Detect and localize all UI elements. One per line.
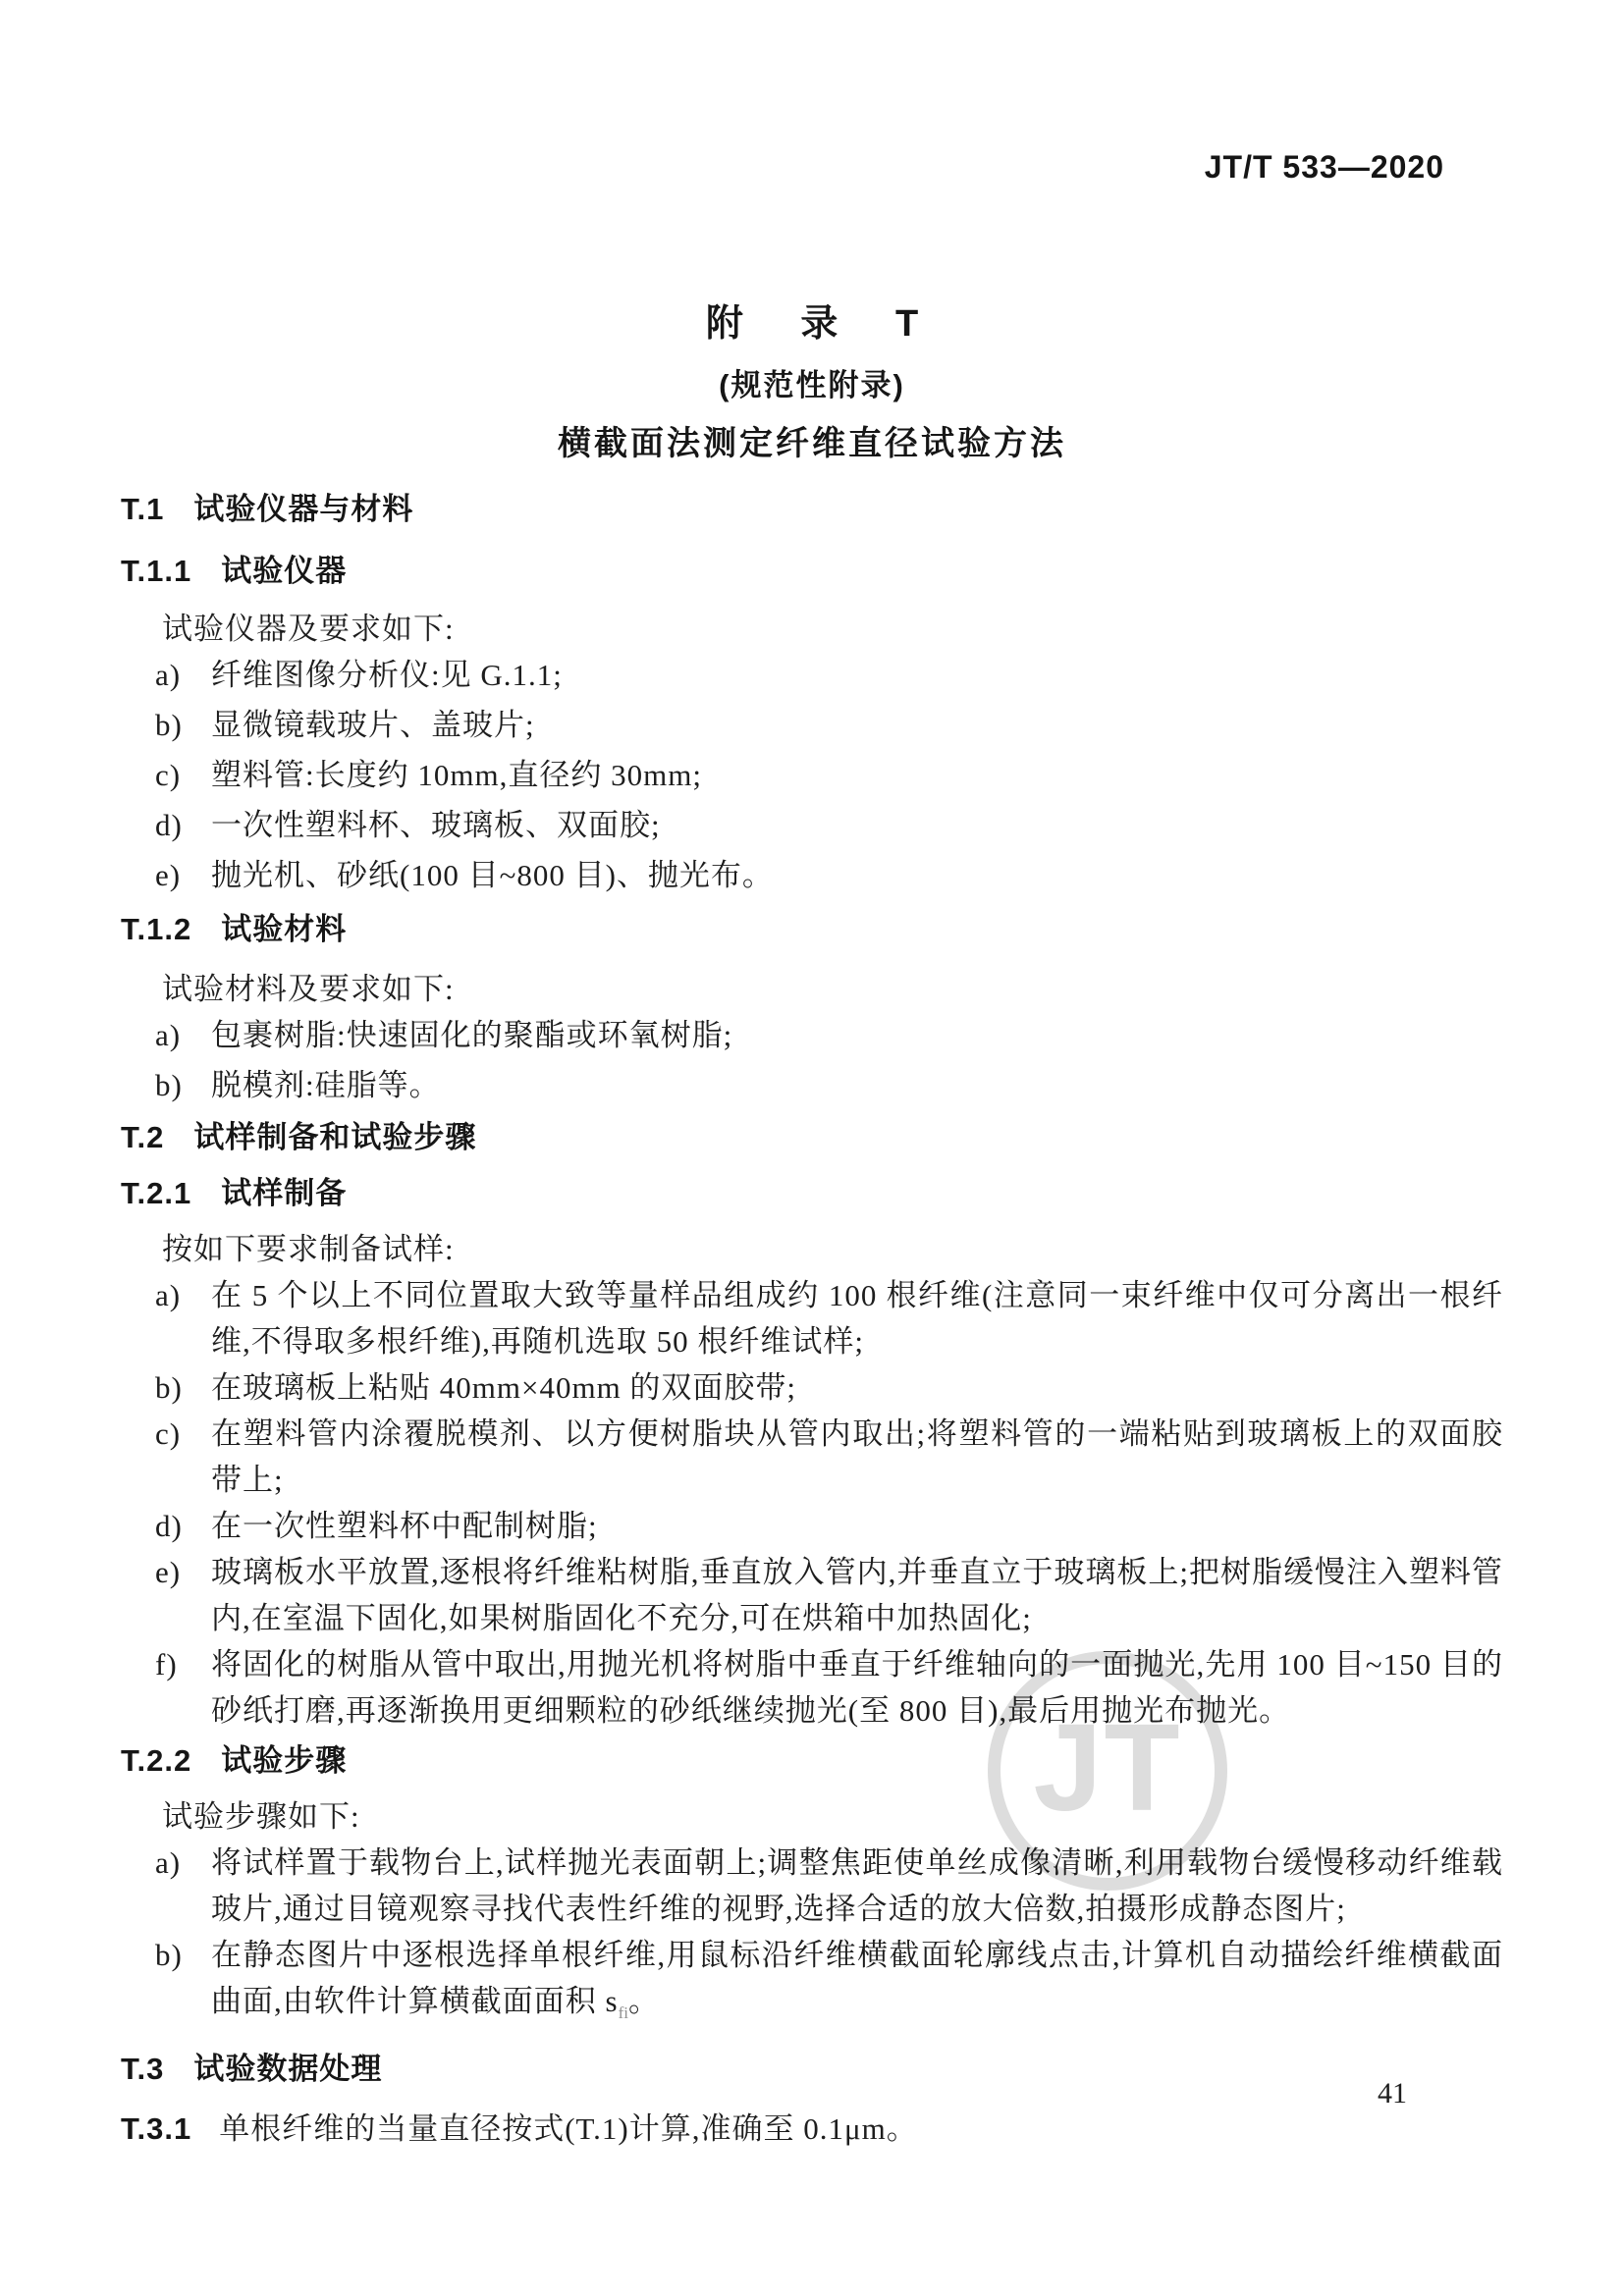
list-item-label: b) <box>155 1062 211 1108</box>
heading-t2-2: T.2.2试验步骤 <box>121 1737 1503 1784</box>
list-t2-1: a) 在 5 个以上不同位置取大致等量样品组成约 100 根纤维(注意同一束纤维… <box>121 1272 1503 1734</box>
list-item: a) 在 5 个以上不同位置取大致等量样品组成约 100 根纤维(注意同一束纤维… <box>121 1272 1503 1364</box>
list-item: b) 脱模剂:硅脂等。 <box>121 1062 1503 1108</box>
heading-number: T.2.1 <box>121 1176 191 1210</box>
list-item: a) 纤维图像分析仪:见 G.1.1; <box>121 652 1503 698</box>
list-item-label: a) <box>155 1840 211 1932</box>
list-item-text: 在塑料管内涂覆脱模剂、以方便树脂块从管内取出;将塑料管的一端粘贴到玻璃板上的双面… <box>211 1411 1503 1503</box>
paragraph-t1-1-intro: 试验仪器及要求如下: <box>121 606 1503 652</box>
list-item: c) 在塑料管内涂覆脱模剂、以方便树脂块从管内取出;将塑料管的一端粘贴到玻璃板上… <box>121 1411 1503 1503</box>
heading-text: 试验仪器与材料 <box>193 492 413 526</box>
list-item-text: 显微镜载玻片、盖玻片; <box>211 702 1503 748</box>
list-t1-1: a) 纤维图像分析仪:见 G.1.1; b) 显微镜载玻片、盖玻片; c) 塑料… <box>121 652 1503 898</box>
list-item: b) 显微镜载玻片、盖玻片; <box>121 702 1503 748</box>
heading-number: T.1 <box>121 492 164 526</box>
heading-t2: T.2试样制备和试验步骤 <box>121 1114 1503 1160</box>
heading-t1-2: T.1.2试验材料 <box>121 906 1503 952</box>
heading-number: T.2.2 <box>121 1743 191 1778</box>
list-t2-2: a) 将试样置于载物台上,试样抛光表面朝上;调整焦距使单丝成像清晰,利用载物台缓… <box>121 1840 1503 2036</box>
list-item-text: 纤维图像分析仪:见 G.1.1; <box>211 652 1503 698</box>
list-item-label: a) <box>155 652 211 698</box>
list-item: b) 在玻璃板上粘贴 40mm×40mm 的双面胶带; <box>121 1364 1503 1411</box>
list-item-text: 将固化的树脂从管中取出,用抛光机将树脂中垂直于纤维轴向的一面抛光,先用 100 … <box>211 1641 1503 1734</box>
list-item-label: b) <box>155 1364 211 1411</box>
normative-annex-note: (规范性附录) <box>121 360 1503 404</box>
appendix-title: 附 录 T <box>121 293 1503 347</box>
list-item-label: a) <box>155 1012 211 1058</box>
document-page: JT/T 533—2020 JT 附 录 T (规范性附录) 横截面法测定纤维直… <box>0 0 1623 2296</box>
list-item: e) 抛光机、砂纸(100 目~800 目)、抛光布。 <box>121 852 1503 898</box>
list-item-label: f) <box>155 1641 211 1734</box>
list-item-label: c) <box>155 1411 211 1503</box>
list-item: a) 将试样置于载物台上,试样抛光表面朝上;调整焦距使单丝成像清晰,利用载物台缓… <box>121 1840 1503 1932</box>
list-item: a) 包裹树脂:快速固化的聚酯或环氧树脂; <box>121 1012 1503 1058</box>
list-item-label: d) <box>155 1503 211 1549</box>
list-item: b) 在静态图片中逐根选择单根纤维,用鼠标沿纤维横截面轮廓线点击,计算机自动描绘… <box>121 1932 1503 2036</box>
heading-t3: T.3试验数据处理 <box>121 2046 1503 2092</box>
heading-text: 试验材料 <box>221 912 347 946</box>
list-item-text: 包裹树脂:快速固化的聚酯或环氧树脂; <box>211 1012 1503 1058</box>
list-item-text: 在静态图片中逐根选择单根纤维,用鼠标沿纤维横截面轮廓线点击,计算机自动描绘纤维横… <box>211 1932 1503 2036</box>
list-item-text: 一次性塑料杯、玻璃板、双面胶; <box>211 802 1503 848</box>
list-item-text: 在 5 个以上不同位置取大致等量样品组成约 100 根纤维(注意同一束纤维中仅可… <box>211 1272 1503 1364</box>
appendix-subject-title: 横截面法测定纤维直径试验方法 <box>121 416 1503 464</box>
list-item-label: e) <box>155 1549 211 1641</box>
heading-number: T.3 <box>121 2052 164 2086</box>
list-item-text: 抛光机、砂纸(100 目~800 目)、抛光布。 <box>211 852 1503 898</box>
heading-text: 试验步骤 <box>221 1743 347 1778</box>
heading-t2-1: T.2.1试样制备 <box>121 1170 1503 1216</box>
list-item-label: a) <box>155 1272 211 1364</box>
list-item-label: d) <box>155 802 211 848</box>
list-item: c) 塑料管:长度约 10mm,直径约 30mm; <box>121 752 1503 798</box>
heading-t1-1: T.1.1试验仪器 <box>121 548 1503 594</box>
list-item-text: 塑料管:长度约 10mm,直径约 30mm; <box>211 752 1503 798</box>
list-item-label: e) <box>155 852 211 898</box>
heading-text: 试验数据处理 <box>193 2052 382 2086</box>
list-item-text: 玻璃板水平放置,逐根将纤维粘树脂,垂直放入管内,并垂直立于玻璃板上;把树脂缓慢注… <box>211 1549 1503 1641</box>
clause-number: T.3.1 <box>121 2111 191 2146</box>
list-item-text: 在一次性塑料杯中配制树脂; <box>211 1503 1503 1549</box>
paragraph-t2-1-intro: 按如下要求制备试样: <box>121 1226 1503 1272</box>
heading-number: T.2 <box>121 1120 164 1154</box>
list-item-label: c) <box>155 752 211 798</box>
area-symbol-subscript: fi <box>619 2003 628 2022</box>
list-item: d) 一次性塑料杯、玻璃板、双面胶; <box>121 802 1503 848</box>
list-item-label: b) <box>155 1932 211 2036</box>
clause-text: 单根纤维的当量直径按式(T.1)计算,准确至 0.1μm。 <box>219 2111 918 2146</box>
heading-text: 试样制备和试验步骤 <box>193 1120 476 1154</box>
list-item: e) 玻璃板水平放置,逐根将纤维粘树脂,垂直放入管内,并垂直立于玻璃板上;把树脂… <box>121 1549 1503 1641</box>
heading-number: T.1.2 <box>121 912 191 946</box>
list-item: f) 将固化的树脂从管中取出,用抛光机将树脂中垂直于纤维轴向的一面抛光,先用 1… <box>121 1641 1503 1734</box>
list-item-label: b) <box>155 702 211 748</box>
paragraph-t1-2-intro: 试验材料及要求如下: <box>121 966 1503 1012</box>
list-item-text: 脱模剂:硅脂等。 <box>211 1062 1503 1108</box>
paragraph-t3-1: T.3.1单根纤维的当量直径按式(T.1)计算,准确至 0.1μm。 <box>121 2106 1503 2152</box>
heading-text: 试样制备 <box>221 1176 347 1210</box>
heading-text: 试验仪器 <box>221 554 347 588</box>
list-item-text: 将试样置于载物台上,试样抛光表面朝上;调整焦距使单丝成像清晰,利用载物台缓慢移动… <box>211 1840 1503 1932</box>
list-item: d) 在一次性塑料杯中配制树脂; <box>121 1503 1503 1549</box>
list-t1-2: a) 包裹树脂:快速固化的聚酯或环氧树脂; b) 脱模剂:硅脂等。 <box>121 1012 1503 1108</box>
paragraph-t2-2-intro: 试验步骤如下: <box>121 1793 1503 1840</box>
list-item-text: 在玻璃板上粘贴 40mm×40mm 的双面胶带; <box>211 1364 1503 1411</box>
page-content: 附 录 T (规范性附录) 横截面法测定纤维直径试验方法 T.1试验仪器与材料 … <box>0 0 1623 2152</box>
heading-t1: T.1试验仪器与材料 <box>121 486 1503 532</box>
heading-number: T.1.1 <box>121 554 191 588</box>
